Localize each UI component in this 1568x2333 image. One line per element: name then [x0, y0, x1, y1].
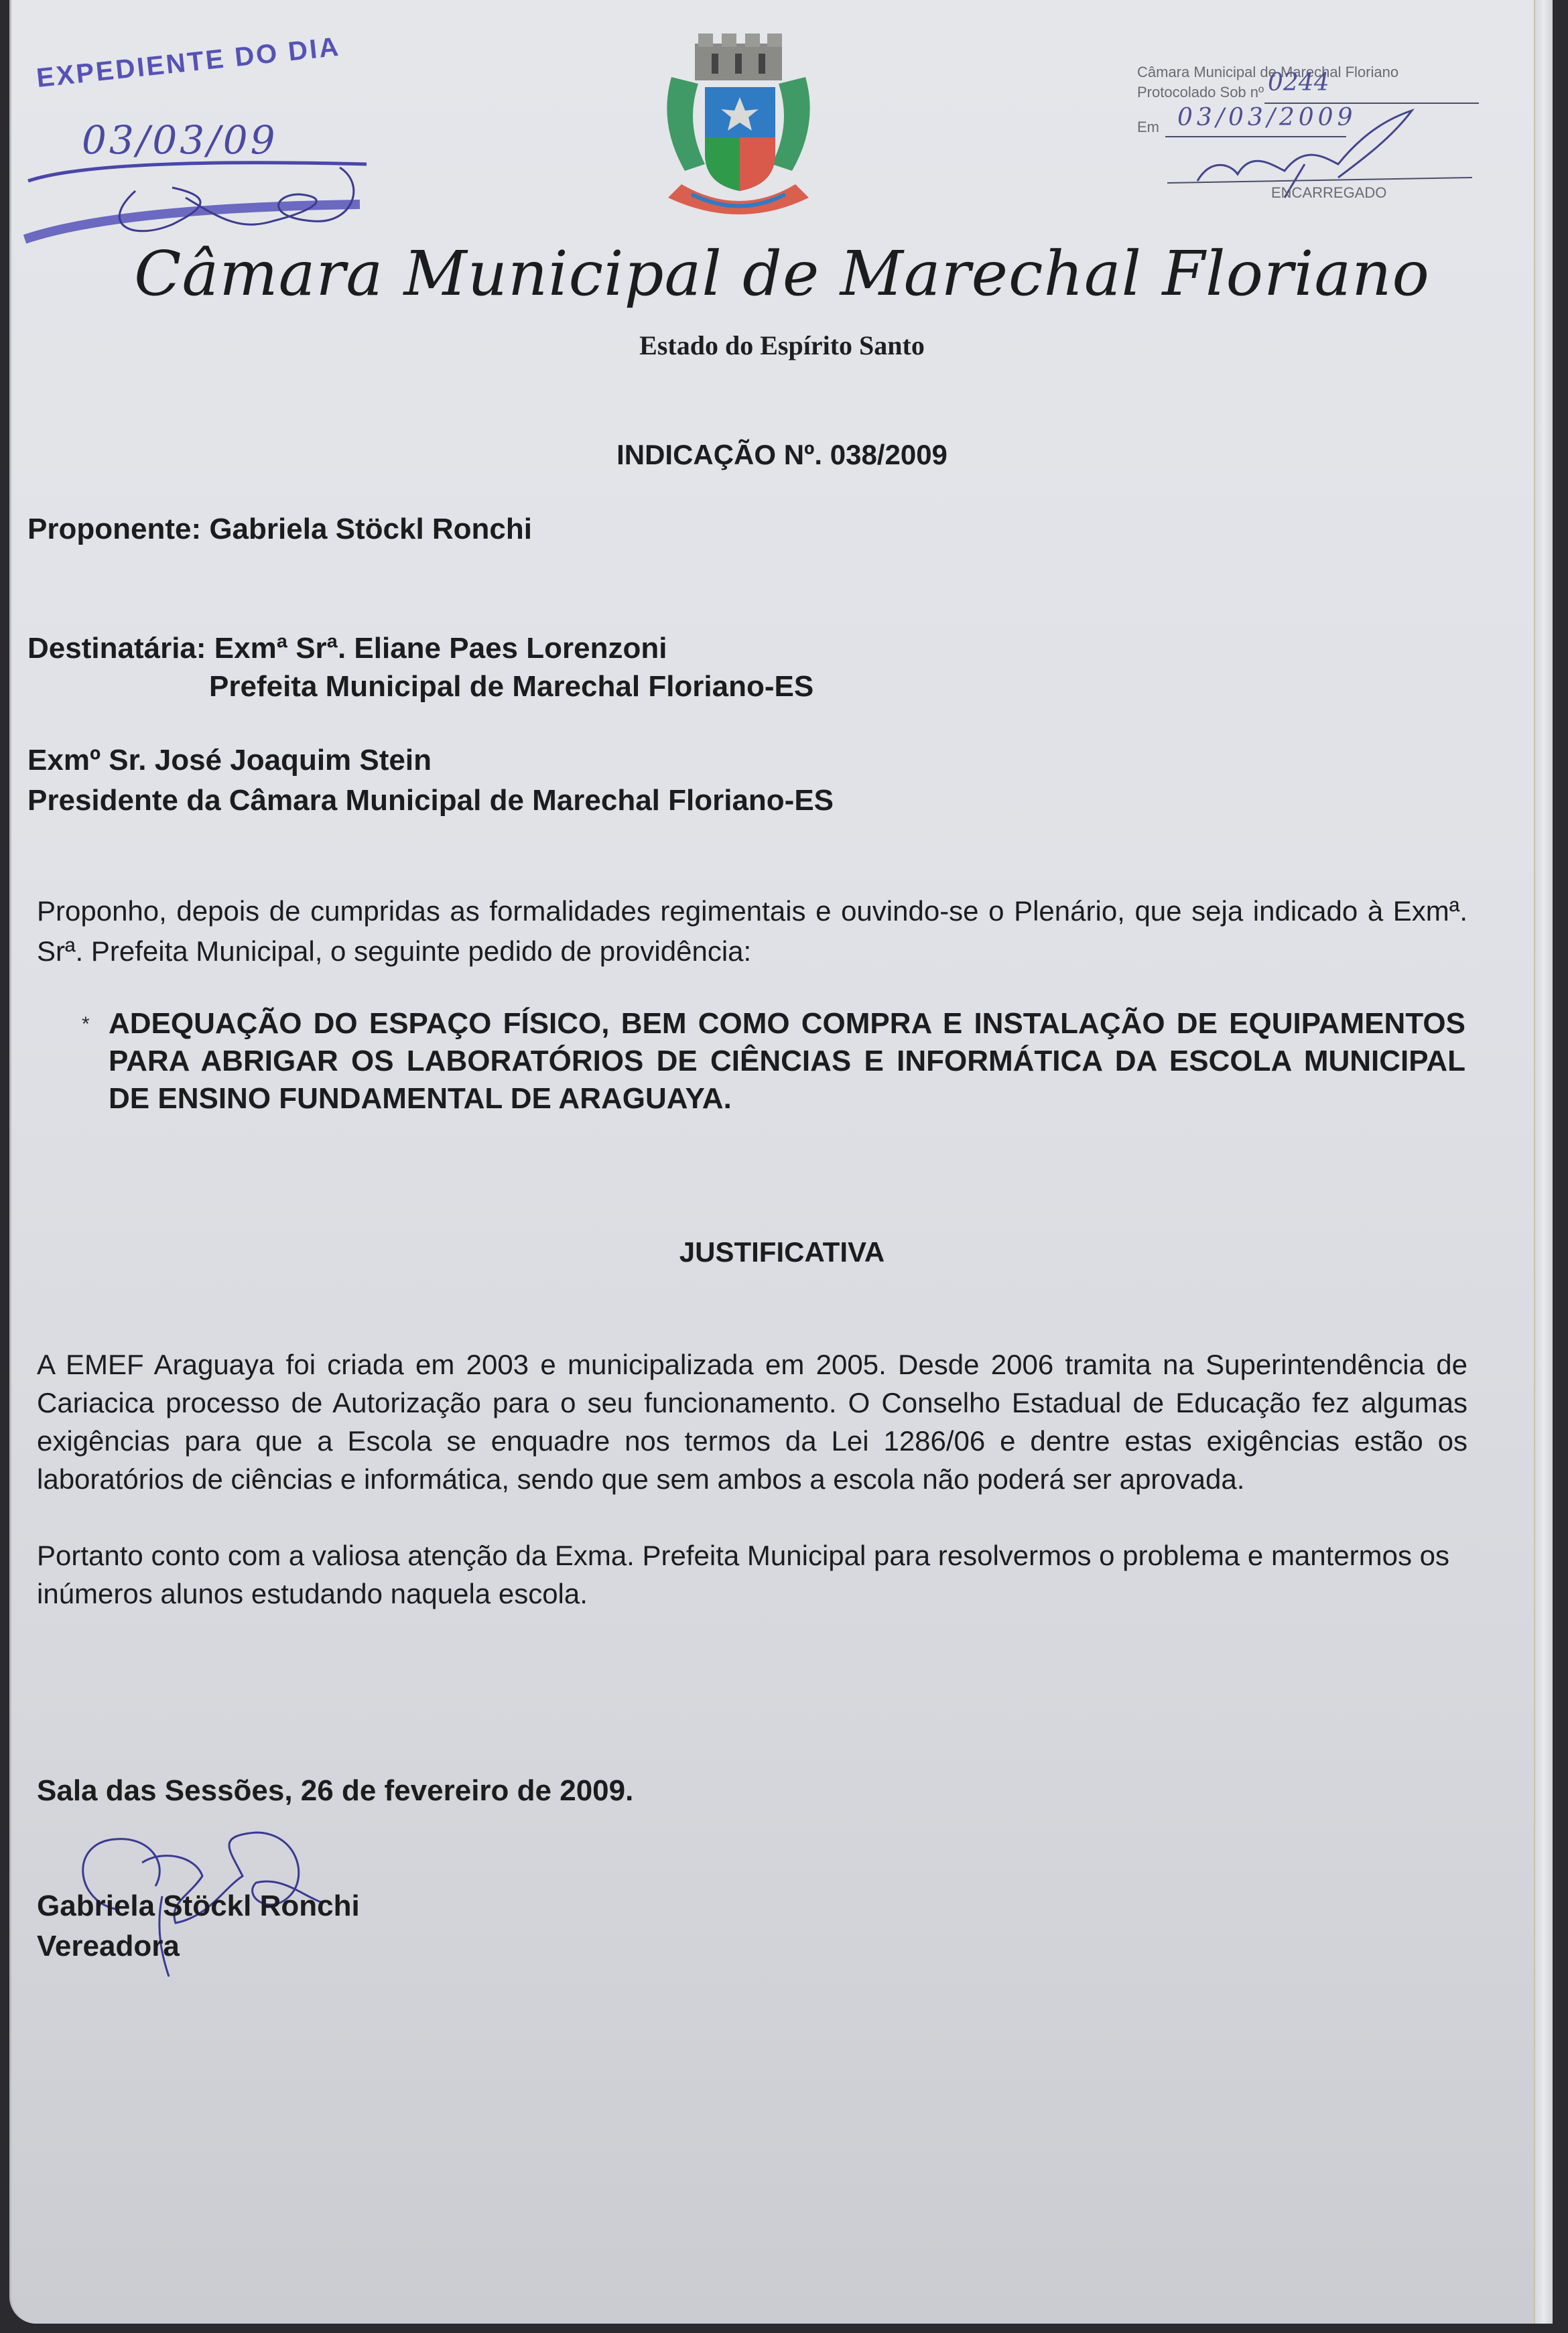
stamp-date: 03/03/09: [82, 117, 278, 163]
request-text: ADEQUAÇÃO DO ESPAÇO FÍSICO, BEM COMO COM…: [109, 1005, 1465, 1118]
justification-paragraph-1: A EMEF Araguaya foi criada em 2003 e mun…: [37, 1345, 1467, 1498]
copy-to-line-2: Presidente da Câmara Municipal de Marech…: [27, 784, 834, 817]
place-and-date: Sala das Sessões, 26 de fevereiro de 200…: [37, 1774, 633, 1808]
intro-paragraph: Proponho, depois de cumpridas as formali…: [37, 891, 1467, 972]
justification-paragraph-2: Portanto conto com a valiosa atenção da …: [37, 1536, 1467, 1613]
recipient-line-1: Destinatária: Exmª Srª. Eliane Paes Lore…: [27, 632, 667, 665]
bullet-star-icon: *: [82, 1013, 90, 1036]
signer-title: Vereadora: [37, 1930, 180, 1963]
protocol-stamp: Câmara Municipal de Marechal Floriano Pr…: [1137, 64, 1512, 204]
recipient-line-2: Prefeita Municipal de Marechal Floriano-…: [209, 670, 813, 704]
signer-name: Gabriela Stöckl Ronchi: [37, 1889, 360, 1923]
coat-of-arms-icon: [645, 30, 832, 224]
copy-to-line-1: Exmº Sr. José Joaquim Stein: [27, 744, 432, 777]
clerk-signature-icon: [1137, 64, 1512, 204]
expediente-stamp: EXPEDIENTE DO DIA 03/03/09: [18, 64, 380, 245]
document-page: EXPEDIENTE DO DIA 03/03/09 Câmara Munici…: [9, 0, 1553, 2324]
justification-heading: JUSTIFICATIVA: [11, 1236, 1553, 1268]
institution-title: Câmara Municipal de Marechal Floriano: [11, 238, 1553, 310]
protocol-signer-role: ENCARREGADO: [1271, 184, 1386, 202]
institution-subtitle: Estado do Espírito Santo: [11, 330, 1553, 361]
document-number: INDICAÇÃO Nº. 038/2009: [11, 439, 1553, 471]
proponent: Proponente: Gabriela Stöckl Ronchi: [27, 513, 532, 546]
